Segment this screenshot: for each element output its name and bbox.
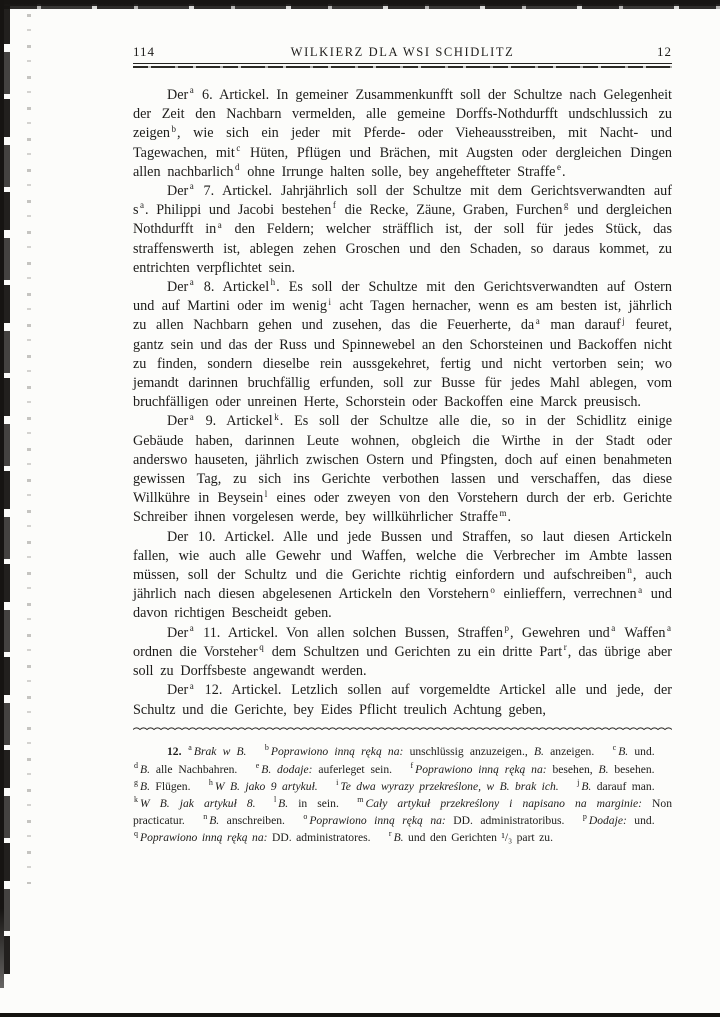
- paragraph-article-6: Dera 6. Artickel. In gemeiner Zusammenku…: [133, 86, 672, 182]
- footnote-marker: q: [259, 642, 264, 652]
- paragraph-article-7: Dera 7. Artickel. Jahrjährlich soll der …: [133, 182, 672, 278]
- footnote-marker: g: [134, 778, 138, 787]
- gutter-bleed-marks: [27, 14, 31, 884]
- footnote-marker: n: [627, 565, 632, 575]
- footnote-marker: a: [190, 412, 194, 422]
- footnote-marker: d: [235, 162, 240, 172]
- footnote-marker: k: [274, 412, 279, 422]
- footnote-marker: a: [536, 316, 540, 326]
- footnote-marker: c: [613, 743, 617, 752]
- paragraph-article-12: Dera 12. Artickel. Letzlich sollen auf v…: [133, 681, 672, 719]
- footnote-marker: r: [564, 642, 567, 652]
- paragraph-article-11: Dera 11. Artickel. Von allen solchen Bus…: [133, 624, 672, 682]
- footnote-marker: r: [389, 829, 392, 838]
- footnote-marker: c: [236, 143, 240, 153]
- footnote-marker: p: [583, 812, 587, 821]
- footnote-marker: a: [218, 220, 222, 230]
- running-title: WILKIERZ DLA WSI SCHIDLITZ: [193, 45, 612, 60]
- footnote-marker: a: [190, 181, 194, 191]
- footnote-marker: l: [265, 489, 268, 499]
- footnote-marker: o: [490, 585, 495, 595]
- footnote-marker: l: [274, 795, 276, 804]
- footnote-marker: a: [190, 623, 194, 633]
- footnote-marker: a: [667, 623, 671, 633]
- paragraph-article-9: Dera 9. Artickelk. Es soll der Schultze …: [133, 412, 672, 527]
- footnote-marker: p: [504, 623, 509, 633]
- footnote-marker: f: [333, 200, 336, 210]
- footnote-marker: i: [336, 778, 338, 787]
- footnotes-lead: 12.: [167, 745, 182, 758]
- chapter-number-right: 12: [612, 44, 672, 60]
- footnote-marker: j: [577, 778, 579, 787]
- footnote-marker: e: [557, 162, 561, 172]
- footnote-marker: h: [271, 277, 276, 287]
- footnote-marker: q: [134, 829, 138, 838]
- body-text: Dera 6. Artickel. In gemeiner Zusammenku…: [133, 86, 672, 720]
- footnote-marker: h: [209, 778, 213, 787]
- wavy-divider: [133, 725, 672, 732]
- scan-edge-left-ragged: [4, 6, 10, 981]
- footnote-marker: a: [638, 585, 642, 595]
- footnote-marker: a: [140, 200, 144, 210]
- footnote-marker: b: [265, 743, 269, 752]
- footnote-marker: i: [328, 297, 331, 307]
- footnote-marker: m: [499, 508, 506, 518]
- running-header: 114 WILKIERZ DLA WSI SCHIDLITZ 12: [133, 44, 672, 60]
- footnote-marker: g: [564, 200, 569, 210]
- footnote-marker: a: [190, 85, 194, 95]
- footnote-marker: o: [303, 812, 307, 821]
- paragraph-article-10: Der 10. Artickel. Alle und jede Bussen u…: [133, 528, 672, 624]
- paragraph-article-8: Dera 8. Artickelh. Es soll der Schultze …: [133, 278, 672, 412]
- footnote-marker: f: [410, 761, 413, 770]
- scan-edge-bottom: [0, 1011, 720, 1017]
- footnote-marker: a: [190, 277, 194, 287]
- footnote-marker: a: [190, 681, 194, 691]
- header-rule: [133, 63, 672, 68]
- footnote-marker: j: [622, 316, 625, 326]
- footnote-marker: n: [203, 812, 207, 821]
- footnotes-block: 12. aBrak w B. bPoprawiono inną ręką na:…: [133, 743, 672, 846]
- footnote-marker: a: [188, 743, 192, 752]
- footnote-marker: m: [357, 795, 363, 804]
- footnote-marker: d: [134, 761, 138, 770]
- scan-edge-top: [0, 0, 720, 9]
- page-number-left: 114: [133, 44, 193, 60]
- footnote-marker: b: [172, 124, 177, 134]
- footnote-marker: k: [134, 795, 138, 804]
- footnote-marker: e: [256, 761, 260, 770]
- page-content: 114 WILKIERZ DLA WSI SCHIDLITZ 12 Dera 6…: [133, 44, 672, 858]
- footnote-marker: a: [611, 623, 615, 633]
- scanned-book-page: 114 WILKIERZ DLA WSI SCHIDLITZ 12 Dera 6…: [0, 0, 720, 1017]
